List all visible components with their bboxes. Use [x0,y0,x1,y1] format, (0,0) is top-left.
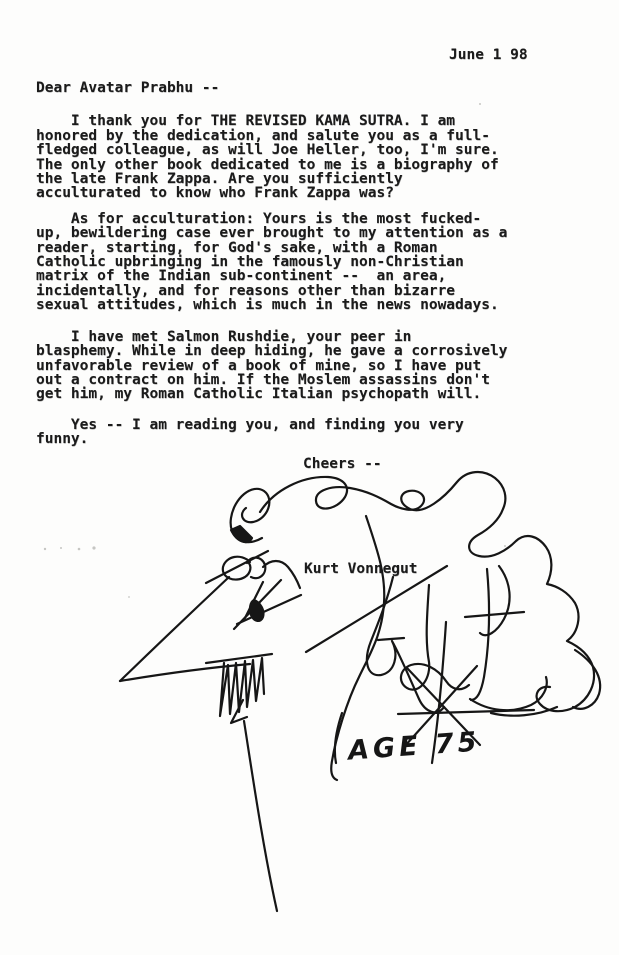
letter-body: Dear Avatar Prabhu -- I thank you for TH… [36,81,507,447]
asterisk-horizontal [398,710,534,714]
letter-line: reader, starting, for God's sake, with a… [36,241,507,255]
paragraph: I thank you for THE REVISED KAMA SUTRA. … [36,114,507,200]
face-profile [120,551,301,911]
eye [250,600,263,621]
letter-line: get him, my Roman Catholic Italian psych… [36,387,507,401]
letter-line: The only other book dedicated to me is a… [36,158,507,172]
letter-line: matrix of the Indian sub-continent -- an… [36,269,507,283]
paragraph: I have met Salmon Rushdie, your peer in … [36,330,507,402]
letter-line: blasphemy. While in deep hiding, he gave… [36,344,507,358]
closing: Cheers -- [303,457,382,471]
letter-page: June 1 98 Dear Avatar Prabhu -- I thank … [0,0,619,955]
nose-top-edge [120,577,229,681]
letter-line: unfavorable review of a book of mine, so… [36,359,507,373]
letter-line: up, bewildering case ever brought to my … [36,226,507,240]
nose-bottom-edge [120,664,250,681]
paragraph: As for acculturation: Yours is the most … [36,212,507,313]
forehead-curve [263,561,300,588]
letter-line: honored by the dedication, and salute yo… [36,129,507,143]
letter-line: incidentally, and for reasons other than… [36,284,507,298]
signature-typed-name: Kurt Vonnegut [304,562,418,576]
hair-scribble [231,472,601,716]
letter-line: As for acculturation: Yours is the most … [36,212,507,226]
neck-line [244,721,277,911]
salutation: Dear Avatar Prabhu -- [36,81,507,95]
date: June 1 98 [449,48,528,62]
letter-line: I have met Salmon Rushdie, your peer in [36,330,507,344]
letter-line: Catholic upbringing in the famously non-… [36,255,507,269]
letter-line: sexual attitudes, which is much in the n… [36,298,507,312]
letter-line: Yes -- I am reading you, and finding you… [36,418,507,432]
letter-line: funny. [36,432,507,446]
paragraph: Yes -- I am reading you, and finding you… [36,418,507,447]
letter-line: out a contract on him. If the Moslem ass… [36,373,507,387]
letter-line: the late Frank Zappa. Are you sufficient… [36,172,507,186]
eyelash-stroke [237,595,301,624]
letter-line: fledged colleague, as will Joe Heller, t… [36,143,507,157]
letter-line: I thank you for THE REVISED KAMA SUTRA. … [36,114,507,128]
letter-line: acculturated to know who Frank Zappa was… [36,186,507,200]
